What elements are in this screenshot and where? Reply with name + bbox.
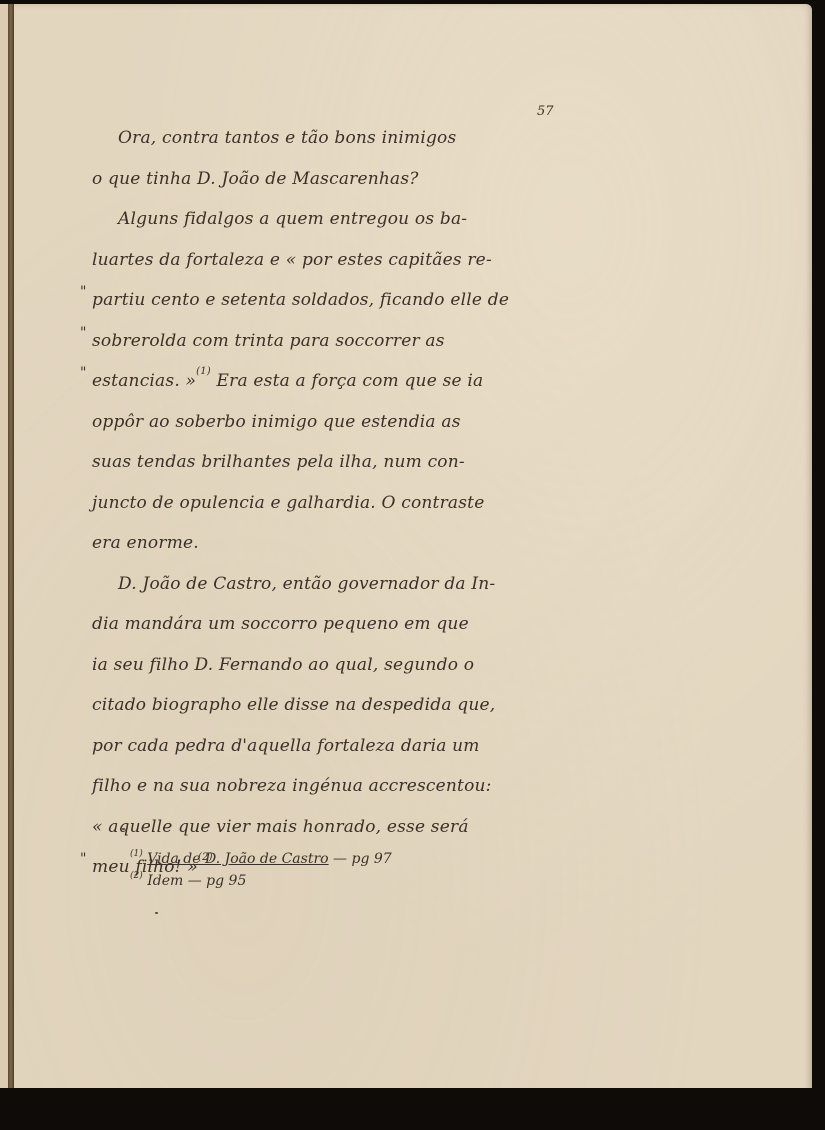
facing-page-edge [0,4,8,1094]
manuscript-body: Ora, contra tantos e tão bons inimigos o… [92,118,612,888]
line-text: partiu cento e setenta soldados, ficando… [92,290,509,310]
line-text: sobreroldа com trinta para soccorrer as [92,331,445,351]
manuscript-line: "estancias. »(1) Era esta a força com qu… [92,361,612,402]
manuscript-line: dia mandára um soccorro pequeno em que [92,604,612,645]
line-text: ia seu filho D. Fernando ao qual, segund… [92,655,474,675]
footnote-page-ref: Idem — pg 95 [147,873,246,889]
line-text: filho e na sua nobreza ingénua accrescen… [92,776,492,796]
footnote-2: (2) Idem — pg 95 [130,870,392,892]
manuscript-line: Alguns fidalgos a quem entregou os ba- [92,199,612,240]
line-text: o que tinha D. João de Mascarenhas? [92,169,419,189]
scan-background-bottom [0,1088,825,1130]
manuscript-line: filho e na sua nobreza ingénua accrescen… [92,766,612,807]
manuscript-line: "partiu cento e setenta soldados, ficand… [92,280,612,321]
page-number: 57 [537,104,554,119]
footnote-source-title: Vida de D. João de Castro [147,851,328,867]
manuscript-line: oppôr ao soberbo inimigo que estendia as [92,402,612,443]
manuscript-line: Ora, contra tantos e tão bons inimigos [92,118,612,159]
footnote-marker: (2) [130,871,143,881]
manuscript-line: era enorme. [92,523,612,564]
scanned-page-view: 57 Ora, contra tantos e tão bons inimigo… [0,0,825,1130]
line-text: « aquelle que vier mais honrado, esse se… [92,817,469,837]
ink-dot [122,828,125,830]
manuscript-line: por cada pedra d'aquella fortaleza daria… [92,726,612,767]
manuscript-line: juncto de opulencia e galhardia. O contr… [92,483,612,524]
line-text: dia mandára um soccorro pequeno em que [92,614,469,634]
manuscript-line: citado biographo elle disse na despedida… [92,685,612,726]
footnote-page-ref: — pg 97 [329,851,392,867]
line-text: oppôr ao soberbo inimigo que estendia as [92,412,461,432]
line-text: por cada pedra d'aquella fortaleza daria… [92,736,480,756]
line-text: Era esta a força com que se ia [211,371,483,391]
footnote-1: (1) Vida de D. João de Castro — pg 97 [130,848,392,870]
footnote-marker: (1) [130,849,143,859]
line-text: D. João de Castro, então governador da I… [118,574,495,594]
line-text: Alguns fidalgos a quem entregou os ba- [118,209,467,229]
manuscript-line: D. João de Castro, então governador da I… [92,564,612,605]
manuscript-line: suas tendas brilhantes pela ilha, num co… [92,442,612,483]
line-text: citado biographo elle disse na despedida… [92,695,495,715]
line-text: juncto de opulencia e galhardia. O contr… [92,493,484,513]
footnote-marker-1: (1) [196,366,211,377]
manuscript-line: ia seu filho D. Fernando ao qual, segund… [92,645,612,686]
continuation-quote-mark: " [80,272,87,313]
continuation-quote-mark: " [80,353,87,394]
line-text: luartes da fortaleza e « por estes capit… [92,250,492,270]
continuation-quote-mark: " [80,313,87,354]
manuscript-line: luartes da fortaleza e « por estes capit… [92,240,612,281]
manuscript-line: "sobreroldа com trinta para soccorrer as [92,321,612,362]
manuscript-line: « aquelle que vier mais honrado, esse se… [92,807,612,848]
ink-dot [155,912,158,914]
manuscript-line: o que tinha D. João de Mascarenhas? [92,159,612,200]
line-text: Ora, contra tantos e tão bons inimigos [118,128,456,148]
continuation-quote-mark: " [80,839,87,880]
line-text: suas tendas brilhantes pela ilha, num co… [92,452,465,472]
binding-gutter [8,4,14,1090]
line-text: estancias. » [92,371,196,391]
footnotes: (1) Vida de D. João de Castro — pg 97 (2… [130,848,392,892]
line-text: era enorme. [92,533,199,553]
